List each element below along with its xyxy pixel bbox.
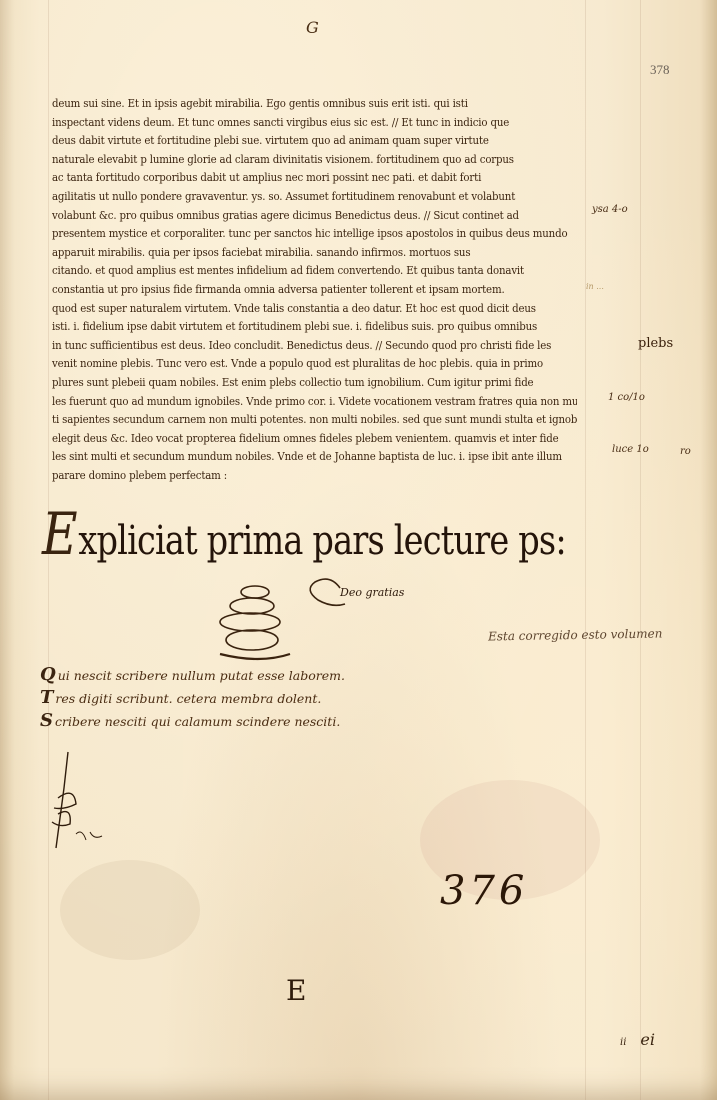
manuscript-page: G 378 deum sui sine. Et in ipsis agebit …: [0, 0, 717, 1100]
corner-mark-1: ii: [620, 1037, 626, 1048]
ruling-line: [585, 0, 586, 1100]
stain: [60, 860, 200, 960]
text-line: volabunt &c. pro quibus omnibus gratias …: [52, 207, 577, 227]
margin-note-faded: in ...: [586, 282, 604, 291]
colophon-text: cribere nesciti qui calamum scindere nes…: [55, 714, 340, 729]
colophon-initial: Q: [40, 664, 56, 685]
quire-mark: G: [306, 18, 319, 37]
colophon-line: Tres digiti scribunt. cetera membra dole…: [40, 687, 460, 710]
text-line: naturale elevabit p lumine glorie ad cla…: [52, 151, 577, 171]
text-line: citando. et quod amplius est mentes infi…: [52, 263, 577, 283]
text-line: ti sapientes secundum carnem non multi p…: [52, 411, 577, 431]
explicit-initial: E: [42, 500, 77, 568]
signature-scribble-icon: [46, 748, 126, 858]
explicit-heading: Expliciat prima pars lecture ps:: [42, 500, 566, 568]
corrector-note: Esta corregido esto volumen: [488, 626, 663, 643]
corner-mark: iiei: [620, 1030, 655, 1049]
text-line: elegit deus &c. Ideo vocat propterea fid…: [52, 430, 577, 450]
corner-mark-2: ei: [640, 1030, 655, 1049]
text-line: isti. i. fidelium ipse dabit virtutem et…: [52, 318, 577, 338]
margin-note: ro: [680, 446, 691, 457]
text-line: ac tanta fortitudo corporibus dabit ut a…: [52, 170, 577, 190]
colophon-line: Scribere nesciti qui calamum scindere ne…: [40, 710, 460, 733]
text-line: constantia ut pro ipsius fide firmanda o…: [52, 281, 577, 301]
explicit-text: xpliciat prima pars lecture ps:: [78, 518, 565, 564]
text-line: les sint multi et secundum mundum nobile…: [52, 449, 577, 469]
text-line: agilitatis ut nullo pondere gravaventur.…: [52, 188, 577, 208]
margin-note: plebs: [638, 336, 673, 351]
text-line: deus dabit virtute et fortitudine plebi …: [52, 132, 577, 152]
ruling-line: [640, 0, 641, 1100]
deo-gratias: Deo gratias: [340, 586, 404, 599]
text-line: presentem mystice et corporaliter. tunc …: [52, 225, 577, 245]
main-text-block: deum sui sine. Et in ipsis agebit mirabi…: [52, 96, 577, 486]
margin-note: luce 1o: [612, 444, 649, 455]
text-line: les fuerunt quo ad mundum ignobiles. Vnd…: [52, 393, 577, 413]
margin-note: 1 co/1o: [608, 392, 645, 403]
colophon-text: ui nescit scribere nullum putat esse lab…: [58, 668, 345, 683]
colophon-verses: Qui nescit scribere nullum putat esse la…: [40, 664, 460, 733]
colophon-line: Qui nescit scribere nullum putat esse la…: [40, 664, 460, 687]
decorative-flourish-icon: [200, 570, 350, 665]
colophon-text: res digiti scribunt. cetera membra dolen…: [55, 691, 321, 706]
text-line: in tunc sufficientibus est deus. Ideo co…: [52, 337, 577, 357]
text-line: deum sui sine. Et in ipsis agebit mirabi…: [52, 95, 577, 115]
folio-number-bottom: 376: [440, 868, 528, 914]
margin-note: ysa 4-o: [592, 204, 628, 215]
text-line: apparuit mirabilis. quia per ipsos facie…: [52, 244, 577, 264]
catchword-mark: E: [286, 974, 306, 1007]
colophon-initial: T: [40, 687, 53, 708]
text-line: venit nomine plebis. Tunc vero est. Vnde…: [52, 356, 577, 376]
text-line: plures sunt plebeii quam nobiles. Est en…: [52, 374, 577, 394]
text-line: inspectant videns deum. Et tunc omnes sa…: [52, 114, 577, 134]
text-line: quod est super naturalem virtutem. Vnde …: [52, 300, 577, 320]
folio-number-top: 378: [650, 62, 670, 78]
text-line: parare domino plebem perfectam :: [52, 467, 577, 487]
colophon-initial: S: [40, 710, 53, 731]
